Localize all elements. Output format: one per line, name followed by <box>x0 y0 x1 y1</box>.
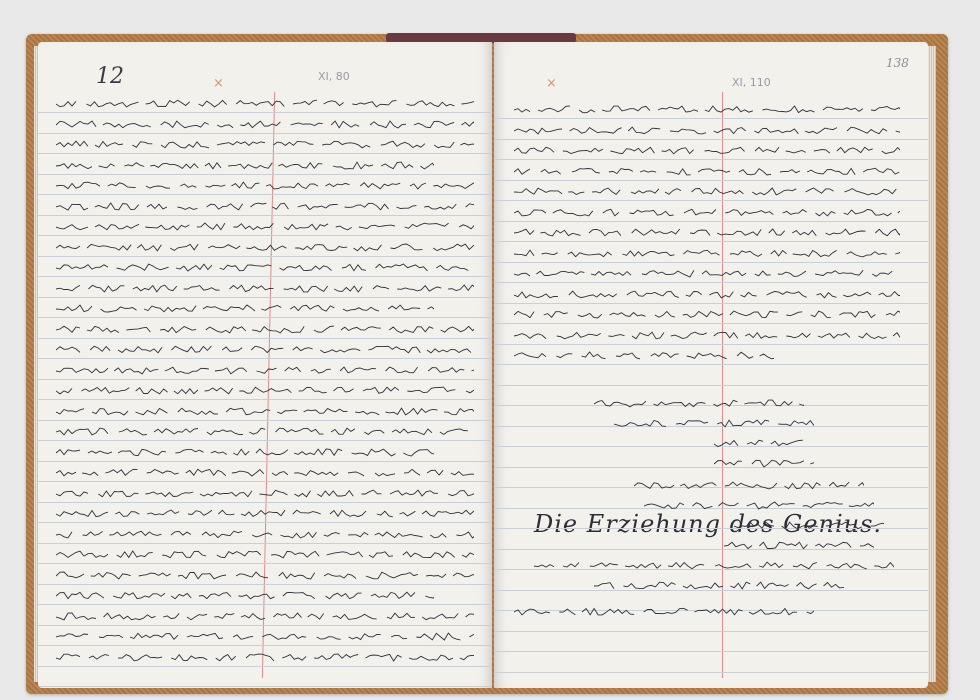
handwritten-text-line <box>56 463 474 479</box>
page-number: 138 <box>886 56 909 70</box>
ruled-line <box>494 467 928 468</box>
handwritten-text-line <box>714 434 804 450</box>
ruled-line <box>38 420 492 421</box>
handwritten-text-line <box>56 586 434 602</box>
handwritten-text-line <box>714 454 814 470</box>
handwritten-text-line <box>56 340 474 356</box>
handwritten-text-line <box>56 443 434 459</box>
handwritten-text-line <box>56 94 474 110</box>
ruled-line <box>38 440 492 441</box>
handwritten-text-line <box>634 476 864 492</box>
ruled-line <box>38 399 492 400</box>
handwritten-text-line <box>56 135 474 151</box>
ruled-line <box>494 262 928 263</box>
ruled-line <box>494 446 928 447</box>
left-page: 12 XI, 80 × <box>38 42 492 688</box>
page-number: 12 <box>96 64 124 89</box>
ruled-line <box>38 112 492 113</box>
ruled-line <box>38 276 492 277</box>
ruled-line <box>494 180 928 181</box>
ruled-line <box>38 625 492 626</box>
handwritten-text-line <box>56 320 474 336</box>
handwritten-text-line <box>514 100 900 116</box>
handwritten-text-line <box>514 162 900 178</box>
handwritten-text-line <box>56 279 474 295</box>
catalog-reference: XI, 110 <box>732 76 771 89</box>
handwritten-text-line <box>56 504 474 520</box>
ruled-line <box>38 563 492 564</box>
handwritten-text-line <box>56 402 474 418</box>
ruled-line <box>38 666 492 667</box>
ruled-line <box>494 282 928 283</box>
handwritten-text-line <box>56 217 474 233</box>
handwritten-text-line <box>724 536 874 552</box>
handwritten-text-line <box>614 414 814 430</box>
handwritten-text-line <box>514 264 900 280</box>
handwritten-text-line <box>56 115 474 131</box>
handwritten-text-line <box>56 607 474 623</box>
handwritten-text-line <box>534 556 894 572</box>
handwritten-text-line <box>56 197 474 213</box>
handwritten-text-line <box>514 346 774 362</box>
handwritten-text-line <box>56 361 474 377</box>
ruled-line <box>38 215 492 216</box>
ruled-line <box>494 221 928 222</box>
ruled-line <box>38 174 492 175</box>
ruled-line <box>38 522 492 523</box>
handwritten-text-line <box>56 422 474 438</box>
ruled-line <box>38 379 492 380</box>
handwritten-text-line <box>56 627 474 643</box>
ruled-line <box>494 241 928 242</box>
right-page: 138 XI, 110 × Die Erziehung des Genius. <box>494 42 928 688</box>
handwritten-text-line <box>514 602 814 618</box>
catalog-reference: XI, 80 <box>318 70 350 83</box>
ruled-line <box>494 385 928 386</box>
handwritten-text-line <box>56 238 474 254</box>
handwritten-text-line <box>514 203 900 219</box>
ruled-line <box>38 133 492 134</box>
handwritten-text-line <box>514 182 900 198</box>
red-x-mark: × <box>213 76 224 91</box>
handwritten-text-line <box>56 381 474 397</box>
ruled-line <box>38 481 492 482</box>
handwritten-text-line <box>56 258 474 274</box>
ruled-line <box>38 358 492 359</box>
red-x-mark: × <box>546 76 557 91</box>
ruled-line <box>38 584 492 585</box>
ruled-line <box>494 672 928 673</box>
ruled-line <box>38 235 492 236</box>
ruled-line <box>38 317 492 318</box>
handwritten-text-line <box>734 516 884 532</box>
ruled-line <box>494 323 928 324</box>
handwritten-text-line <box>514 326 900 342</box>
ruled-line <box>38 502 492 503</box>
ruled-line <box>38 338 492 339</box>
handwritten-text-line <box>514 121 900 137</box>
ruled-line <box>494 118 928 119</box>
ruled-line <box>494 159 928 160</box>
handwritten-text-line <box>56 484 474 500</box>
ruled-line <box>38 645 492 646</box>
ruled-line <box>494 651 928 652</box>
handwritten-text-line <box>514 244 900 260</box>
handwritten-text-line <box>514 285 900 301</box>
handwritten-text-line <box>594 394 804 410</box>
ruled-line <box>494 139 928 140</box>
ruled-line <box>38 543 492 544</box>
handwritten-text-line <box>644 496 874 512</box>
handwritten-text-line <box>56 525 474 541</box>
ruled-line <box>38 297 492 298</box>
ruled-line <box>38 153 492 154</box>
handwritten-text-line <box>56 566 474 582</box>
ruled-line <box>38 686 492 687</box>
ruled-line <box>494 631 928 632</box>
ruled-line <box>38 461 492 462</box>
handwritten-text-line <box>56 176 474 192</box>
ruled-line <box>38 256 492 257</box>
handwritten-text-line <box>514 223 900 239</box>
ruled-line <box>494 344 928 345</box>
ruled-line <box>38 194 492 195</box>
handwritten-text-line <box>56 648 474 664</box>
handwritten-text-line <box>594 576 844 592</box>
ruled-line <box>494 200 928 201</box>
ruled-line <box>38 604 492 605</box>
handwritten-text-line <box>514 305 900 321</box>
handwritten-text-line <box>56 545 474 561</box>
handwritten-text-line <box>56 299 434 315</box>
handwritten-text-line <box>514 141 900 157</box>
handwritten-text-line <box>56 156 434 172</box>
ruled-line <box>494 303 928 304</box>
ruled-line <box>494 364 928 365</box>
